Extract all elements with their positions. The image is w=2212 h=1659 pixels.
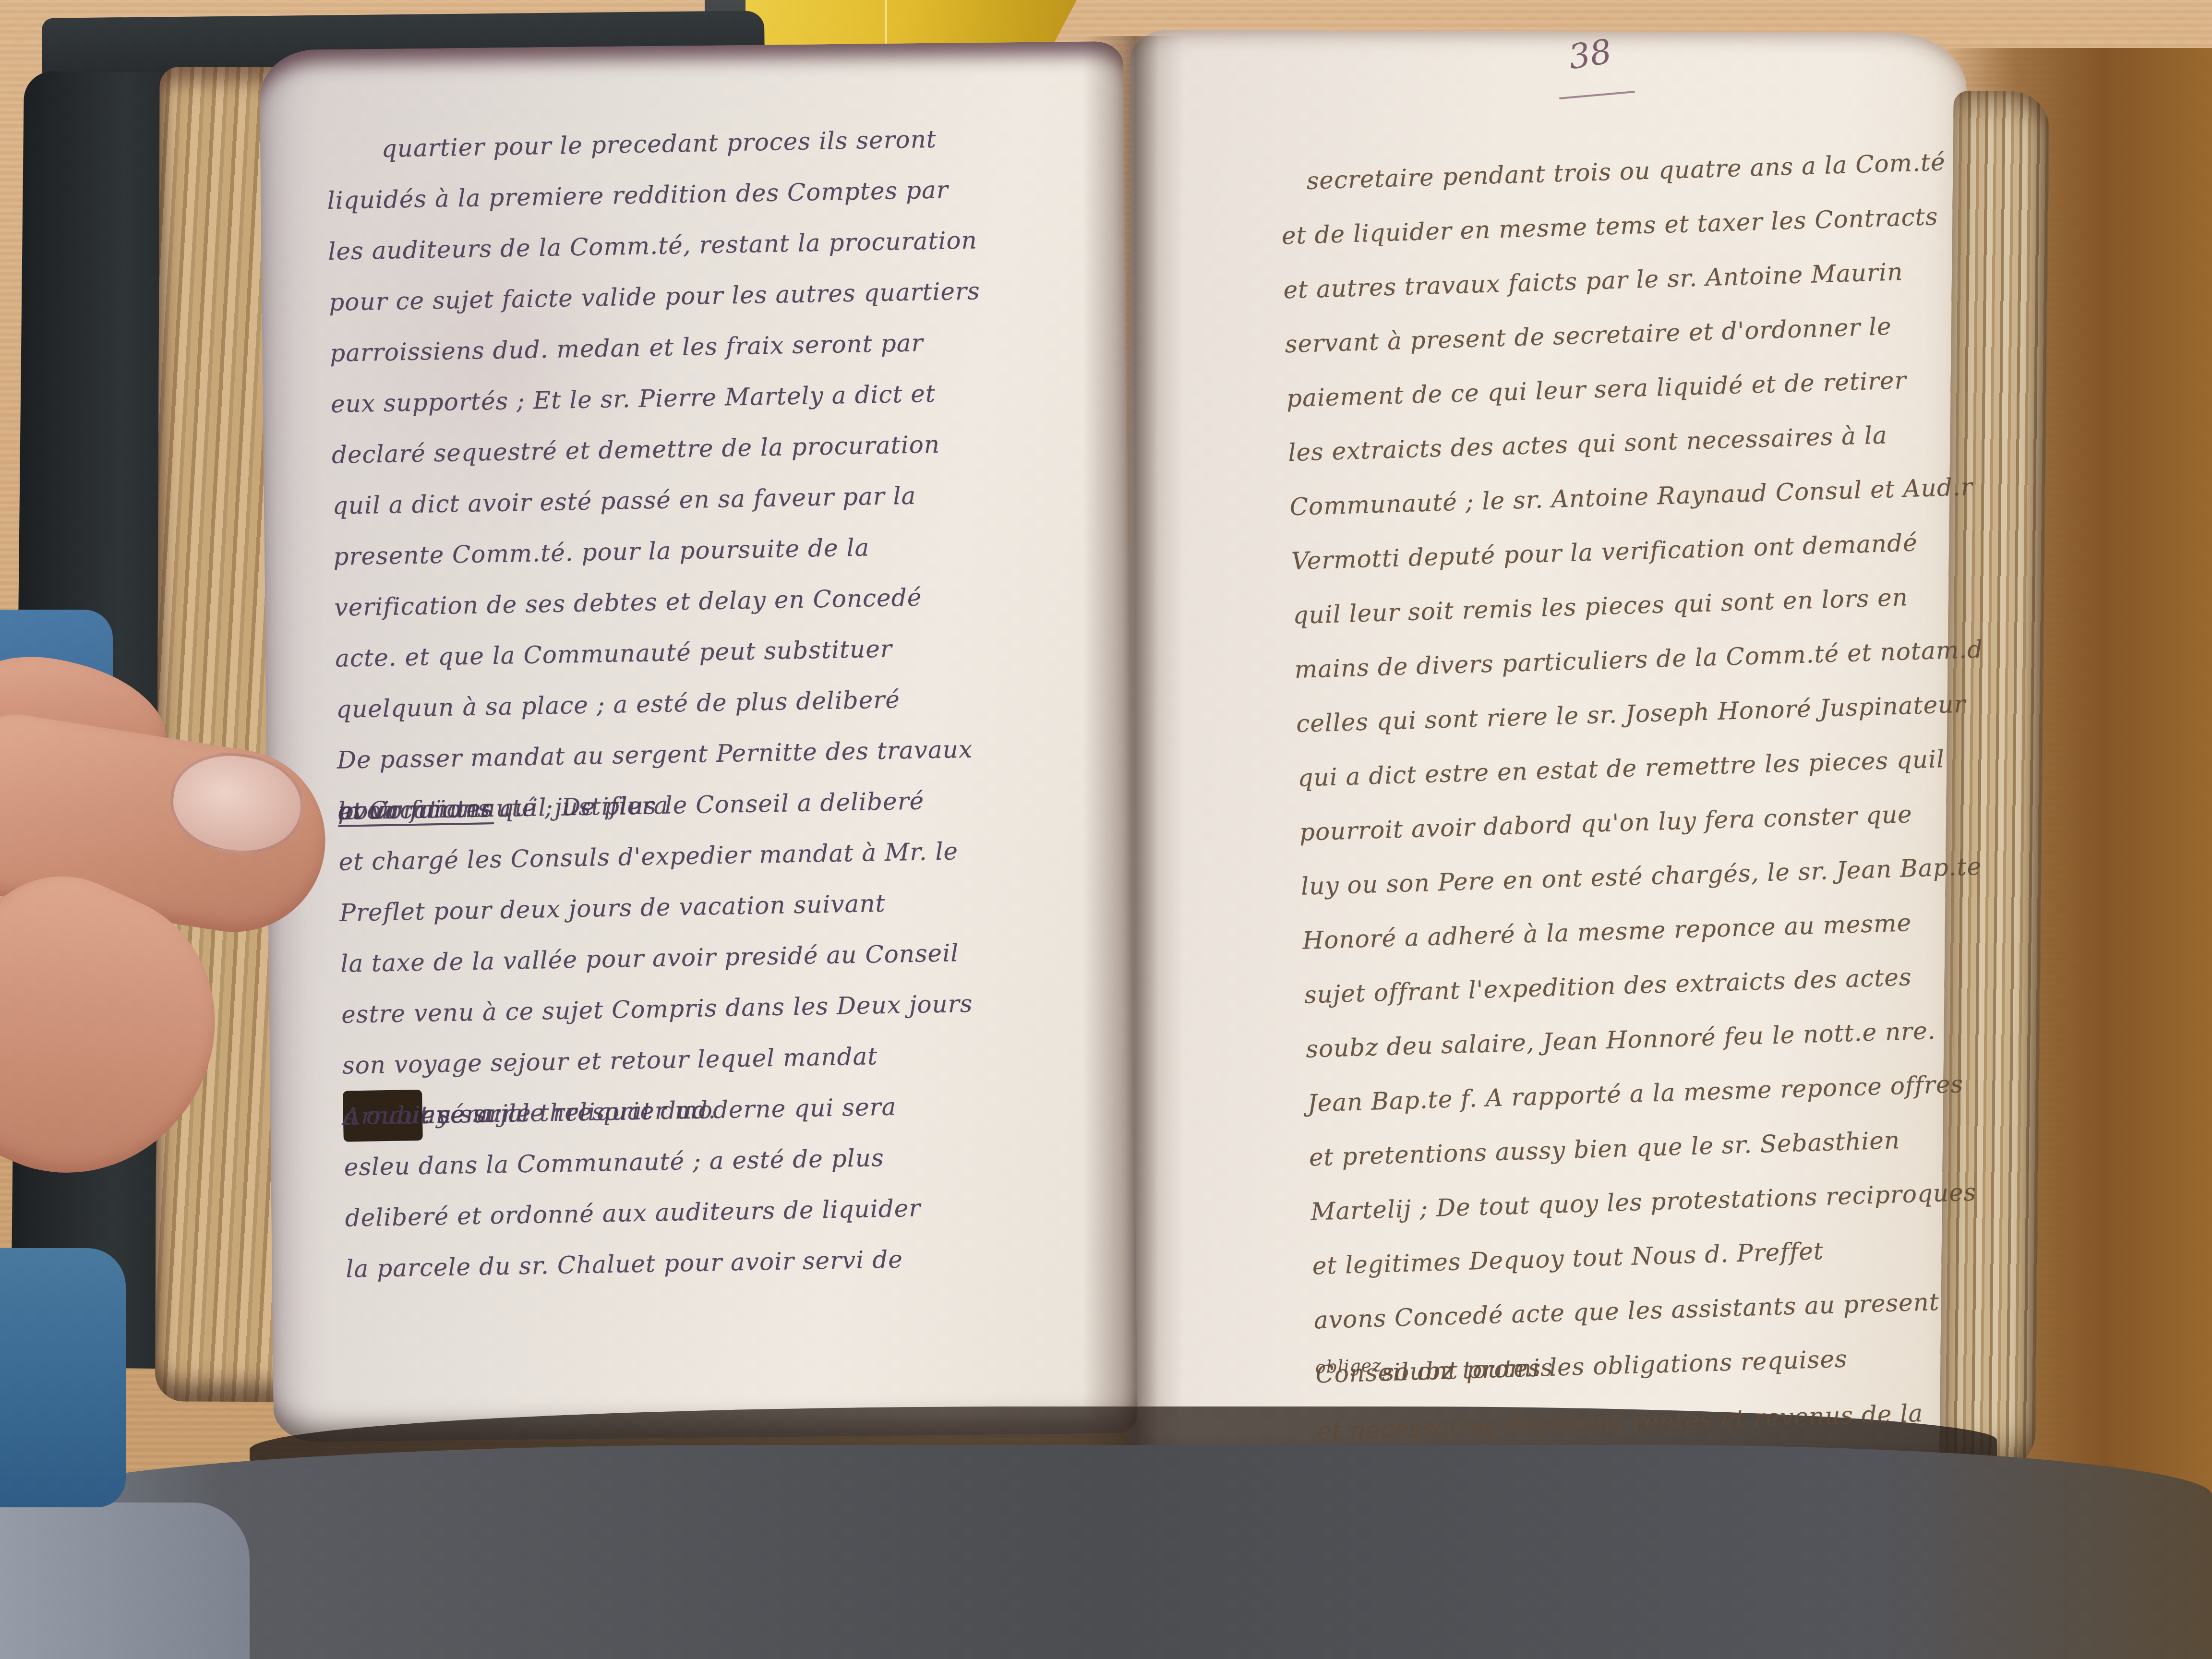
interlined-word: obligez [1315,1356,1382,1378]
right-page-text: secretaire pendant trois ou quatre ans a… [1279,134,2028,1459]
photo-open-manuscript-book: quartier pour le precedant proces ils se… [0,0,2212,1659]
floor-corner [0,1503,250,1659]
blue-cloth-lower [0,1248,126,1507]
bottom-shadow [0,1445,2212,1659]
left-page-text: quartier pour le precedant proces ils se… [326,111,1105,1294]
page-number: 38 [1566,32,1614,77]
